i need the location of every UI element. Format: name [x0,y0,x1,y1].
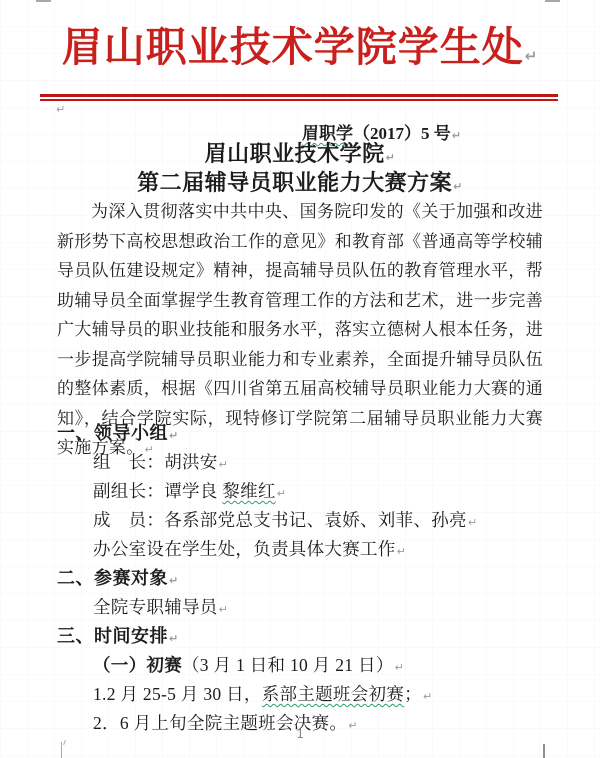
title-line-2: 第二届辅导员职业能力大赛方案↵ [0,170,600,199]
leader-line: 组 长：胡洪安↵ [57,449,543,478]
letterhead-title: 眉山职业技术学院学生处↵ [0,17,600,86]
round1-line: （一）初赛（3 月 1 日和 10 月 21 日）↵ [57,652,543,681]
paragraph-mark-icon: ↵ [219,603,229,616]
section-2-heading: 二、参赛对象↵ [57,565,543,594]
section-1-heading-text: 一、领导小组 [57,423,168,444]
round1-bold-text: （一）初赛 [93,656,182,676]
members-line-text: 成 员：各系部党总支书记、袁娇、刘菲、孙亮 [93,510,467,530]
paragraph-mark-icon: ↵ [453,180,463,193]
schedule-item-1-post-text: ； [404,684,422,704]
office-line-text: 办公室设在学生处，负责具体大赛工作 [93,539,396,559]
schedule-item-1-flagged-text: 系部主题班会初赛 [262,684,404,704]
title-line-1-text: 眉山职业技术学院 [205,141,385,166]
letterhead-double-rule [40,94,558,101]
paragraph-mark-icon: ↵ [169,632,179,645]
paragraph-mark-icon: ↵ [468,516,478,529]
intro-paragraph-text: 为深入贯彻落实中共中央、国务院印发的《关于加强和改进新形势下高校思想政治工作的意… [57,202,543,457]
section-3-heading-text: 三、时间安排 [57,626,168,647]
page-number: 1 [0,727,600,741]
paragraph-mark-icon: ↵ [219,458,229,471]
margin-mark-bottom-left [61,742,62,758]
margin-mark-top-right [545,0,560,2]
leader-line-text: 组 长：胡洪安 [93,452,218,472]
margin-mark-bottom-right [543,744,545,758]
section-1-heading: 一、领导小组↵ [57,420,543,449]
title-line-1: 眉山职业技术学院↵ [0,141,600,170]
office-line: 办公室设在学生处，负责具体大赛工作↵ [57,536,543,565]
schedule-item-1: 1.2 月 25-5 月 30 日，系部主题班会初赛；↵ [57,681,543,710]
paragraph-mark-icon: ↵ [525,47,539,65]
deputy-leader-pre-text: 副组长：谭学良 [93,481,222,501]
participants-line: 全院专职辅导员↵ [57,594,543,623]
paragraph-mark-icon: ↵ [277,487,287,500]
sections-list: 一、领导小组↵ 组 长：胡洪安↵ 副组长：谭学良 黎维红↵ 成 员：各系部党总支… [57,420,543,739]
deputy-leader-flagged-text: 黎维红 [222,481,275,501]
scanned-document-page: 眉山职业技术学院学生处↵ ↵ 眉职学（2017）5 号↵ 眉山职业技术学院↵ 第… [0,0,600,758]
paragraph-mark-icon: ↵ [386,151,396,164]
title-line-2-text: 第二届辅导员职业能力大赛方案 [137,170,452,195]
paragraph-mark-icon: ↵ [397,545,407,558]
paragraph-mark-icon: ↵ [395,661,405,674]
section-2-heading-text: 二、参赛对象 [57,568,168,589]
members-line: 成 员：各系部党总支书记、袁娇、刘菲、孙亮↵ [57,507,543,536]
paragraph-mark-icon: ↵ [169,574,179,587]
paragraph-mark-icon: ↵ [169,429,179,442]
letterhead-title-text: 眉山职业技术学院学生处 [62,24,524,70]
document-titles: 眉山职业技术学院↵ 第二届辅导员职业能力大赛方案↵ [0,141,600,199]
paragraph-mark-icon: ↵ [423,690,433,703]
participants-line-text: 全院专职辅导员 [93,597,218,617]
round1-date-text: （3 月 1 日和 10 月 21 日） [182,655,394,675]
paragraph-mark-icon: ↵ [56,103,65,116]
deputy-leader-line: 副组长：谭学良 黎维红↵ [57,478,543,507]
margin-mark-top-left [36,0,51,2]
schedule-item-1-pre-text: 1.2 月 25-5 月 30 日， [93,684,262,704]
section-3-heading: 三、时间安排↵ [57,623,543,652]
margin-mark-bottom-left-tick [63,740,66,745]
